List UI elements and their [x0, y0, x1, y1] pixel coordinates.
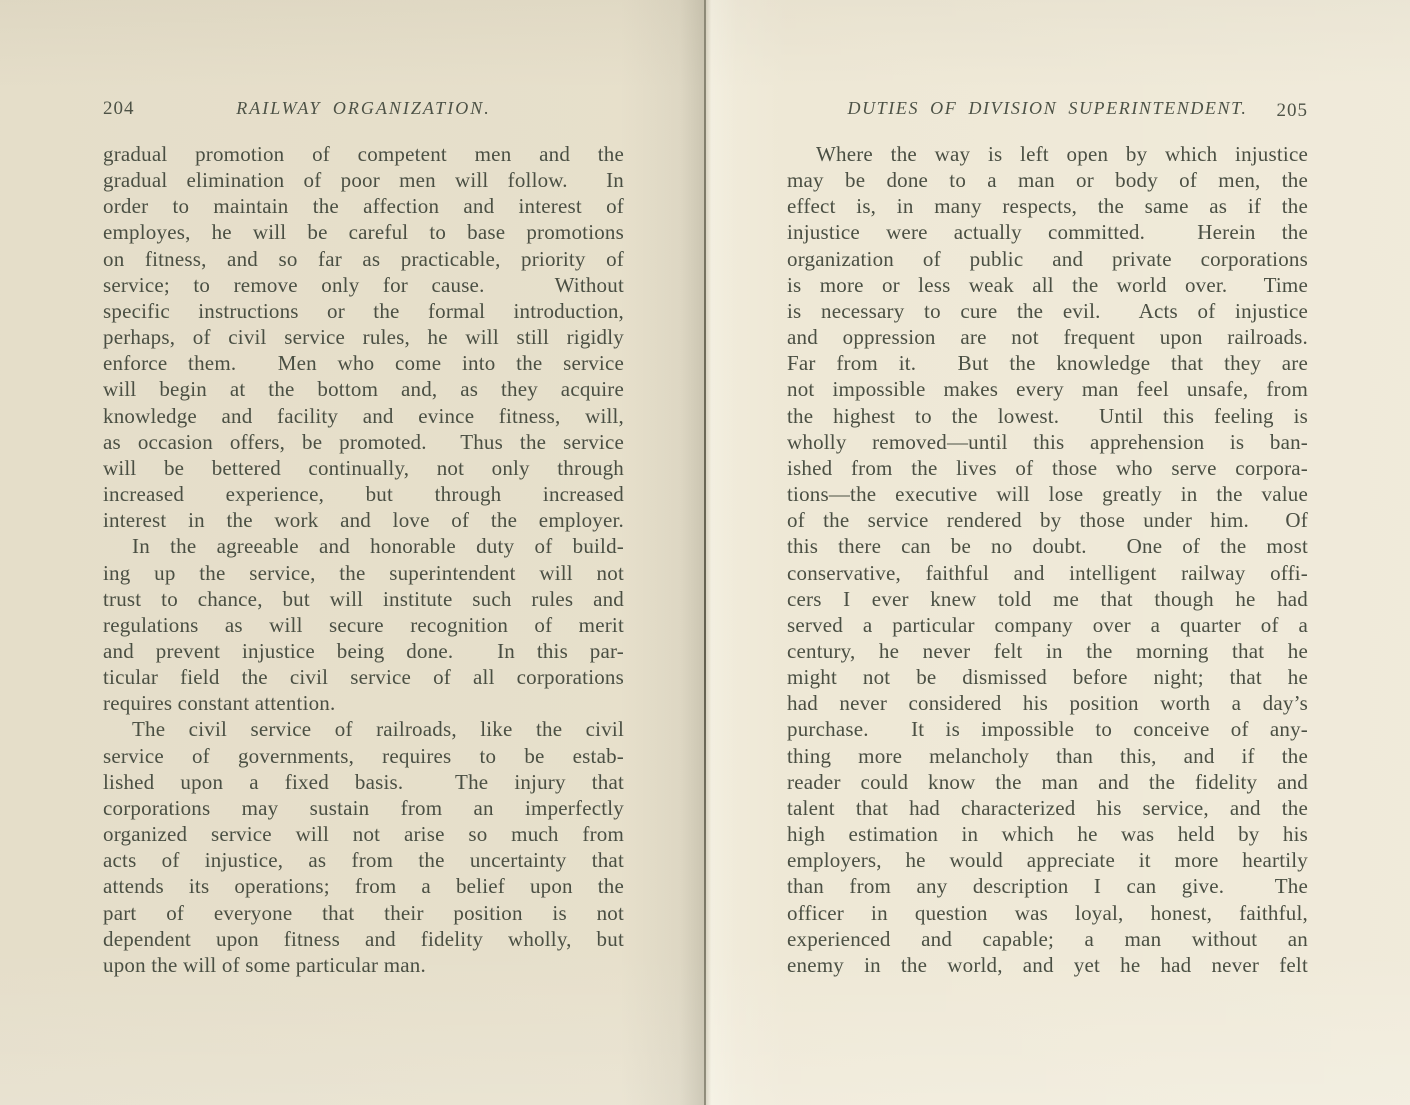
text-line: than from any description I can give. Th…: [787, 873, 1308, 899]
text-line: interest in the work and love of the emp…: [103, 507, 624, 533]
right-page-text: Where the way is left open by which inju…: [787, 141, 1308, 978]
text-line: might not be dismissed before night; tha…: [787, 664, 1308, 690]
text-line: as occasion offers, be promoted. Thus th…: [103, 429, 624, 455]
text-line: attends its operations; from a belief up…: [103, 873, 624, 899]
text-line: Far from it. But the knowledge that they…: [787, 350, 1308, 376]
right-page-header: DUTIES OF DIVISION SUPERINTENDENT. 205: [787, 98, 1308, 124]
text-line: served a particular company over a quart…: [787, 612, 1308, 638]
text-line: perhaps, of civil service rules, he will…: [103, 324, 624, 350]
text-line: talent that had characterized his servic…: [787, 795, 1308, 821]
text-line: may be done to a man or body of men, the: [787, 167, 1308, 193]
left-page-text: gradual promotion of competent men and t…: [103, 141, 624, 978]
text-line: this there can be no doubt. One of the m…: [787, 533, 1308, 559]
text-line: reader could know the man and the fideli…: [787, 769, 1308, 795]
right-page-number: 205: [1277, 100, 1309, 122]
text-line: employers, he would appreciate it more h…: [787, 847, 1308, 873]
text-line: gradual promotion of competent men and t…: [103, 141, 624, 167]
text-line: upon the will of some particular man.: [103, 952, 624, 978]
text-line: employes, he will be careful to base pro…: [103, 219, 624, 245]
right-running-title: DUTIES OF DIVISION SUPERINTENDENT.: [787, 98, 1308, 119]
text-line: Where the way is left open by which inju…: [787, 141, 1308, 167]
text-line: and prevent injustice being done. In thi…: [103, 638, 624, 664]
text-line: part of everyone that their position is …: [103, 900, 624, 926]
text-line: specific instructions or the formal intr…: [103, 298, 624, 324]
text-line: effect is, in many respects, the same as…: [787, 193, 1308, 219]
page-gutter-shadow: [704, 0, 706, 1105]
text-line: dependent upon fitness and fidelity whol…: [103, 926, 624, 952]
text-line: enforce them. Men who come into the serv…: [103, 350, 624, 376]
text-line: ing up the service, the superintendent w…: [103, 560, 624, 586]
right-page: DUTIES OF DIVISION SUPERINTENDENT. 205 W…: [787, 0, 1308, 1105]
text-line: lished upon a fixed basis. The injury th…: [103, 769, 624, 795]
text-line: cers I ever knew told me that though he …: [787, 586, 1308, 612]
text-line: organized service will not arise so much…: [103, 821, 624, 847]
text-line: purchase. It is impossible to conceive o…: [787, 716, 1308, 742]
text-line: injustice were actually committed. Herei…: [787, 219, 1308, 245]
text-line: tions—the executive will lose greatly in…: [787, 481, 1308, 507]
left-page-number: 204: [103, 98, 135, 120]
text-line: is necessary to cure the evil. Acts of i…: [787, 298, 1308, 324]
text-line: on fitness, and so far as practicable, p…: [103, 246, 624, 272]
text-line: regulations as will secure recognition o…: [103, 612, 624, 638]
text-line: experienced and capable; a man without a…: [787, 926, 1308, 952]
text-line: trust to chance, but will institute such…: [103, 586, 624, 612]
left-page: 204 RAILWAY ORGANIZATION. gradual promot…: [103, 0, 624, 1105]
text-line: ished from the lives of those who serve …: [787, 455, 1308, 481]
text-line: not impossible makes every man feel unsa…: [787, 376, 1308, 402]
text-line: of the service rendered by those under h…: [787, 507, 1308, 533]
text-line: high estimation in which he was held by …: [787, 821, 1308, 847]
text-line: the highest to the lowest. Until this fe…: [787, 403, 1308, 429]
text-line: service of governments, requires to be e…: [103, 743, 624, 769]
text-line: ticular field the civil service of all c…: [103, 664, 624, 690]
text-line: conservative, faithful and intelligent r…: [787, 560, 1308, 586]
text-line: The civil service of railroads, like the…: [103, 716, 624, 742]
text-line: will be bettered continually, not only t…: [103, 455, 624, 481]
text-line: service; to remove only for cause. Witho…: [103, 272, 624, 298]
left-running-title: RAILWAY ORGANIZATION.: [103, 98, 624, 119]
text-line: wholly removed—until this apprehension i…: [787, 429, 1308, 455]
text-line: is more or less weak all the world over.…: [787, 272, 1308, 298]
text-line: century, he never felt in the morning th…: [787, 638, 1308, 664]
text-line: gradual elimination of poor men will fol…: [103, 167, 624, 193]
text-line: requires constant attention.: [103, 690, 624, 716]
text-line: had never considered his position worth …: [787, 690, 1308, 716]
text-line: acts of injustice, as from the uncertain…: [103, 847, 624, 873]
text-line: In the agreeable and honorable duty of b…: [103, 533, 624, 559]
text-line: and oppression are not frequent upon rai…: [787, 324, 1308, 350]
left-page-header: 204 RAILWAY ORGANIZATION.: [103, 98, 624, 124]
text-line: officer in question was loyal, honest, f…: [787, 900, 1308, 926]
text-line: enemy in the world, and yet he had never…: [787, 952, 1308, 978]
text-line: corporations may sustain from an imperfe…: [103, 795, 624, 821]
text-line: increased experience, but through increa…: [103, 481, 624, 507]
text-line: knowledge and facility and evince fitnes…: [103, 403, 624, 429]
text-line: thing more melancholy than this, and if …: [787, 743, 1308, 769]
text-line: order to maintain the affection and inte…: [103, 193, 624, 219]
text-line: organization of public and private corpo…: [787, 246, 1308, 272]
book-spread: 204 RAILWAY ORGANIZATION. gradual promot…: [0, 0, 1410, 1105]
text-line: will begin at the bottom and, as they ac…: [103, 376, 624, 402]
